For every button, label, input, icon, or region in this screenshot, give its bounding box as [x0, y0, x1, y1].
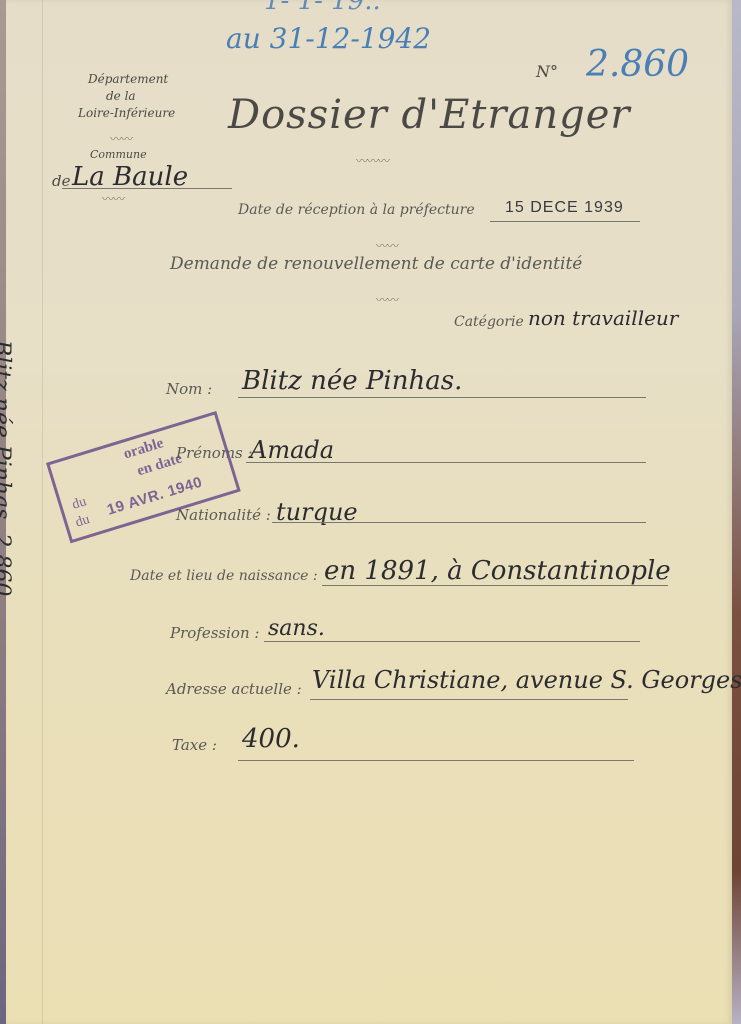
department-line1: Département [88, 72, 168, 86]
request-title: Demande de renouvellement de carte d'ide… [170, 254, 582, 274]
adresse-label: Adresse actuelle : [166, 680, 302, 698]
prenoms-line [246, 462, 646, 463]
nationalite-label: Nationalité : [176, 506, 271, 524]
profession-line [264, 641, 640, 642]
nationalite-line [272, 522, 646, 523]
reception-date-label: Date de réception à la préfecture [238, 202, 475, 218]
stamp-line3: du [70, 494, 88, 513]
margin-rule [42, 0, 43, 1024]
naissance-value: en 1891, à Constantinople [324, 556, 671, 586]
document-title: Dossier d'Etranger [228, 92, 631, 138]
profession-value: sans. [268, 616, 325, 641]
nom-label: Nom : [166, 380, 212, 398]
category-value: non travailleur [528, 306, 678, 330]
naissance-line [322, 585, 668, 586]
top-annotation-partial: 1- 1- 19.. [264, 0, 381, 16]
stamp-line4: du [74, 512, 92, 531]
reception-date-stamp: 15 DECE 1939 [505, 199, 624, 217]
nom-value: Blitz née Pinhas. [242, 366, 462, 396]
taxe-line [238, 760, 634, 761]
dossier-number-label: N° [536, 62, 558, 81]
commune-underline [62, 188, 232, 189]
reception-date-line [490, 221, 640, 222]
commune-label: Commune [90, 148, 147, 161]
taxe-label: Taxe : [172, 736, 217, 754]
nom-line [238, 397, 646, 398]
category-label: Catégorie [454, 314, 524, 330]
margin-note-text: Blitz née Pinhas. 2.860 [0, 340, 14, 596]
adresse-value: Villa Christiane, avenue S. Georges [312, 666, 741, 694]
reception-flourish: 〰〰 [376, 243, 398, 249]
commune-flourish: 〰〰 [102, 196, 124, 202]
department-flourish: 〰〰 [110, 136, 132, 142]
document-page: 1- 1- 19.. au 31-12-1942 N° 2.860 Départ… [6, 0, 732, 1024]
margin-note: Blitz née Pinhas. 2.860 [0, 340, 14, 680]
title-flourish: 〰〰〰 [356, 158, 389, 164]
dossier-number: 2.860 [586, 44, 689, 85]
department-line3: Loire-Inférieure [78, 106, 175, 120]
profession-label: Profession : [170, 624, 259, 642]
prenoms-value: Amada [250, 436, 334, 464]
top-annotation: au 31-12-1942 [226, 22, 431, 55]
naissance-label: Date et lieu de naissance : [130, 568, 318, 584]
request-flourish: 〰〰 [376, 297, 398, 303]
department-line2: de la [106, 89, 136, 103]
adresse-line [310, 699, 628, 700]
taxe-value: 400. [242, 724, 300, 754]
